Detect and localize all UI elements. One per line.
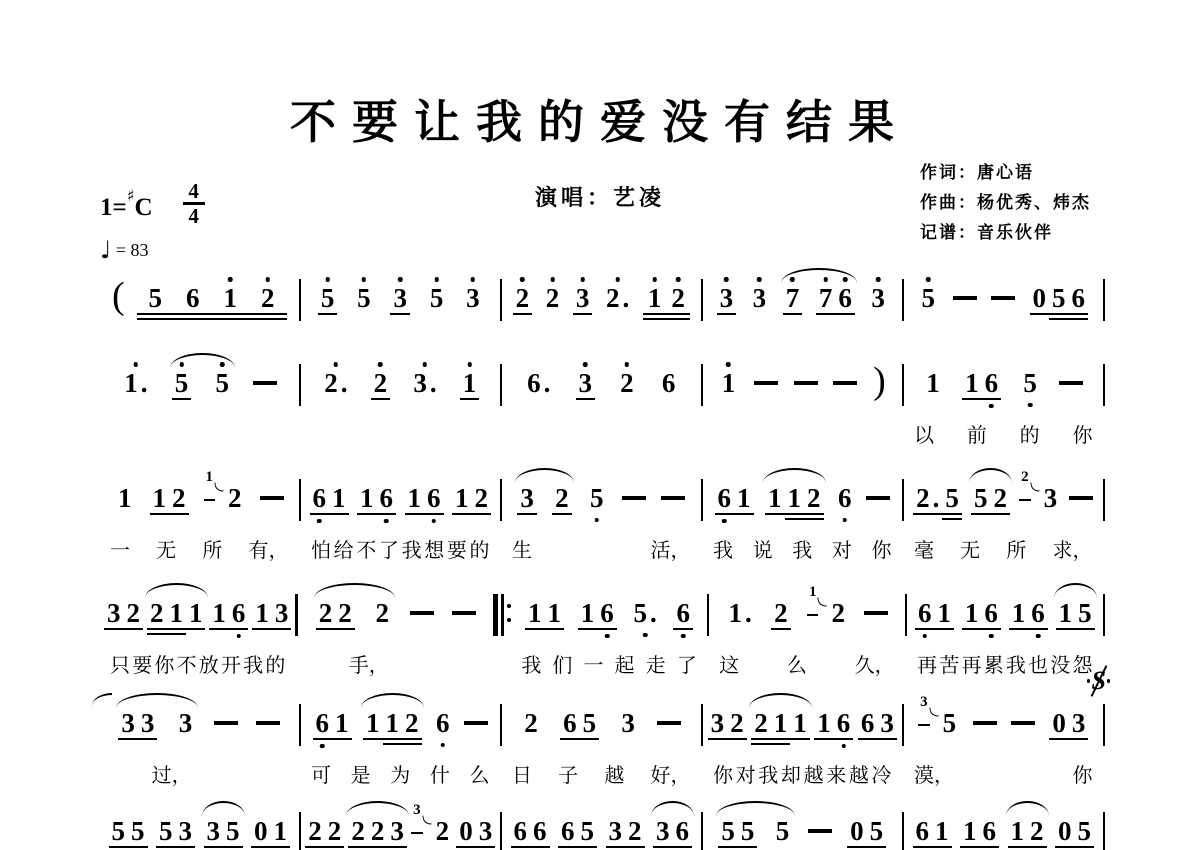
note-digit: 1	[1059, 598, 1073, 628]
note-group: 3	[750, 283, 770, 313]
beam-line	[625, 846, 645, 849]
measure: 322111613只要你不放开我的	[100, 598, 295, 675]
note-group: 03	[1049, 708, 1088, 738]
note-group: 61	[715, 483, 754, 513]
beam-line	[174, 313, 212, 316]
lyric-syllable: 冷	[871, 759, 891, 785]
note-group: 36	[653, 816, 692, 846]
song-title: 不要让我的爱没有结果	[0, 86, 1200, 152]
note: 6	[858, 708, 878, 738]
note-group: 12	[1008, 816, 1047, 846]
beam-line	[573, 313, 593, 316]
beam-line	[318, 313, 338, 316]
note-digit: 2	[328, 816, 342, 846]
note: 3	[204, 816, 224, 846]
beam-line	[251, 846, 271, 849]
beam-line	[118, 738, 138, 741]
lyrics-row	[703, 419, 902, 445]
note-digit: 6	[985, 368, 999, 398]
slur-arc	[749, 693, 812, 708]
sustain-dash	[622, 496, 646, 500]
lyric-syllable: 说	[753, 534, 773, 560]
note-group: 12	[204, 483, 245, 513]
note-group: 1.	[726, 598, 755, 628]
sustain-dash	[253, 381, 277, 385]
note-group: 6	[659, 368, 679, 398]
note-digit: 6	[676, 598, 690, 628]
lyric-syllable: 我	[792, 534, 812, 560]
slur-arc	[1006, 801, 1049, 816]
grace-note: 3	[918, 694, 930, 724]
note: 3	[618, 708, 638, 738]
note-group: 2	[543, 283, 563, 313]
note: 3	[272, 598, 292, 628]
slur-arc	[515, 468, 574, 483]
slur-arc	[969, 468, 1012, 483]
note: 2	[368, 816, 388, 846]
note-group: 5	[1020, 368, 1040, 398]
score-line: 333过，611126可是为什么2653日子越好，322111663你对我却越来…	[100, 708, 1105, 785]
notes-row: 1165	[904, 368, 1103, 402]
note: 6	[980, 816, 1000, 846]
sustain-dash	[973, 721, 997, 725]
slur-arc	[145, 583, 208, 598]
note-digit: 6	[662, 368, 676, 398]
lyric-syllable: 我	[713, 534, 733, 560]
note: 6	[673, 816, 693, 846]
note-group: 53	[156, 816, 195, 846]
note-digit: 5	[633, 598, 647, 628]
sustain-dash	[657, 721, 681, 725]
note-group: 16	[962, 368, 1001, 398]
note-digit: 0	[1058, 816, 1072, 846]
lyric-syllable: 我	[402, 534, 422, 560]
notes-row: 611126	[301, 708, 500, 742]
note: 5	[223, 816, 243, 846]
note-group: 61	[915, 598, 954, 628]
note-digit: 5	[149, 283, 163, 313]
note-digit: 1	[274, 816, 288, 846]
beam-line	[123, 628, 143, 631]
note: 2	[169, 483, 189, 513]
beam-line	[1049, 738, 1069, 741]
note-group: 5	[773, 816, 793, 846]
lyric-syllable: 活，	[651, 534, 691, 560]
note: 1	[1009, 598, 1029, 628]
notes-row: 2.55223	[904, 483, 1103, 517]
note: 1	[363, 708, 383, 738]
lyrics-row: 你对我却越来越冷	[703, 759, 902, 785]
beam-line	[666, 318, 690, 321]
lyric-syllable: 有，	[248, 534, 288, 560]
note: 1	[186, 598, 206, 628]
note-digit: 2	[308, 816, 322, 846]
notes-row: 2.23.1	[301, 368, 500, 402]
note-digit: 6	[918, 598, 932, 628]
note-digit: 3	[107, 598, 121, 628]
note-digit: 3	[413, 368, 427, 398]
beam-line	[476, 846, 496, 849]
note: 5	[940, 708, 960, 738]
note: 1	[785, 483, 805, 513]
note-digit: 5	[226, 816, 240, 846]
beam-line	[835, 313, 855, 316]
beam-line	[1069, 313, 1089, 316]
barline	[1103, 704, 1106, 746]
lyric-syllable: 过，	[152, 759, 192, 785]
note-digit: 6	[984, 598, 998, 628]
note-digit: 3	[711, 708, 725, 738]
note-digit: 1	[648, 283, 662, 313]
sustain-dash	[260, 496, 284, 500]
beam-line	[962, 628, 982, 631]
lyrics-row: 生活，	[502, 534, 701, 560]
beam-line	[867, 846, 887, 849]
note: 6	[834, 708, 854, 738]
note-digit: 1	[528, 598, 542, 628]
notes-row: 55353	[301, 283, 500, 317]
beam-line	[804, 518, 824, 521]
beam-line	[913, 846, 933, 849]
note: 2	[472, 483, 492, 513]
sheet-music-page: 不要让我的爱没有结果 演唱：艺凌 作词：唐心语 作曲：杨优秀、炜杰 记谱：音乐伙…	[0, 0, 1200, 850]
note-digit: 1	[212, 598, 226, 628]
beam-line	[1049, 313, 1069, 316]
lyric-syllable: 好，	[650, 759, 690, 785]
note-digit: 2	[774, 598, 788, 628]
note: 1	[923, 368, 943, 398]
grace-note: 1	[204, 469, 216, 499]
note: 2	[348, 816, 368, 846]
measure: 5056	[904, 283, 1103, 317]
note-digit: 5	[159, 816, 173, 846]
measure: 55505	[703, 816, 902, 850]
note-group: 15	[1056, 598, 1095, 628]
measure: 337763	[703, 283, 902, 317]
beam-line	[229, 628, 249, 631]
beam-line	[138, 738, 158, 741]
note-group: 16	[405, 483, 444, 513]
beam-line	[335, 628, 355, 631]
note: 6	[377, 483, 397, 513]
note-digit: 1	[189, 598, 203, 628]
note-digit: 2	[628, 816, 642, 846]
note: 1	[814, 708, 834, 738]
beam-line	[252, 628, 272, 631]
note: 1	[790, 708, 810, 738]
notes-row: 5056	[904, 283, 1103, 317]
note-group: 16	[209, 598, 248, 628]
note: 5	[578, 816, 598, 846]
note-digit: 1	[386, 708, 400, 738]
measure: (5612	[100, 283, 299, 317]
note-digit: 6	[561, 816, 575, 846]
slur-arc	[170, 353, 235, 368]
augmentation-dot: .	[650, 598, 657, 628]
beam-line	[913, 513, 942, 516]
note: 5	[738, 816, 758, 846]
slur-arc	[314, 583, 395, 598]
note: 1	[525, 598, 545, 628]
measure: 2.23.1	[301, 368, 500, 445]
beam-line	[128, 846, 148, 849]
segno-icon: S	[1087, 666, 1111, 698]
note: 2	[335, 598, 355, 628]
notes-row: 2232.12	[502, 283, 701, 317]
note-digit: 5	[741, 816, 755, 846]
notes-row: 333	[100, 708, 299, 742]
note-digit: 2	[338, 598, 352, 628]
note: 2	[751, 708, 771, 738]
note-group: 6.	[524, 368, 553, 398]
key-letter: C	[135, 194, 153, 221]
beam-line	[147, 628, 167, 631]
lyric-syllable: 放	[199, 649, 219, 675]
note-digit: 3	[621, 708, 635, 738]
note: 2	[727, 708, 747, 738]
beam-line	[402, 738, 422, 741]
note-digit: 2	[606, 283, 620, 313]
beam-line	[513, 313, 533, 316]
lyric-syllable: 的	[265, 649, 285, 675]
beam-line	[1019, 499, 1031, 501]
note-group: 112	[765, 483, 824, 513]
beam-line	[560, 738, 580, 741]
augmentation-dot: .	[933, 483, 940, 513]
note: 1	[405, 483, 425, 513]
beam-line	[807, 614, 819, 616]
lyric-syllable: 以	[914, 419, 934, 445]
note-digit: 1	[118, 483, 132, 513]
lyric-syllable: 却	[781, 759, 801, 785]
note: 1	[252, 598, 272, 628]
note: 3	[1041, 483, 1061, 513]
barline	[1103, 279, 1106, 321]
note-digit: 3	[393, 283, 407, 313]
lyrics-row: 只要你不放开我的	[100, 649, 295, 675]
beam-line	[1030, 313, 1050, 316]
note-digit: 1	[737, 483, 751, 513]
beam-line	[186, 628, 206, 631]
lyric-syllable: 不	[177, 649, 197, 675]
note-group: 63	[858, 708, 897, 738]
note-digit: 2	[620, 368, 634, 398]
note: 6	[659, 368, 679, 398]
note: 6	[982, 368, 1002, 398]
note: 3	[176, 816, 196, 846]
beam-line	[313, 738, 333, 741]
note: 5	[318, 283, 338, 313]
beam-line	[991, 513, 1011, 516]
note: 5	[773, 816, 793, 846]
beam-line	[715, 513, 735, 516]
note: 5	[172, 368, 192, 398]
note-digit: 2	[730, 708, 744, 738]
note-group: 32	[708, 708, 747, 738]
beam-line	[209, 628, 229, 631]
lyric-syllable: 前	[967, 419, 987, 445]
note-digit: 3	[753, 283, 767, 313]
note: 2.	[603, 283, 632, 313]
note-digit: 3	[1072, 708, 1086, 738]
notes-row: 325	[502, 483, 701, 517]
beam-line	[204, 846, 224, 849]
note: 6	[1069, 283, 1089, 313]
parenthesis: )	[873, 363, 886, 399]
note-group: 65	[560, 708, 599, 738]
note: 6	[981, 598, 1001, 628]
note-digit: 6	[527, 368, 541, 398]
note-digit: 1	[153, 483, 167, 513]
beam-line	[580, 738, 600, 741]
note-digit: 5	[945, 483, 959, 513]
note-digit: 1	[169, 598, 183, 628]
score-line: 322111613只要你不放开我的222手，11165.6我们一起走了1.212…	[100, 598, 1105, 675]
note: 0	[251, 816, 271, 846]
note-group: 5	[587, 483, 607, 513]
note: 1	[578, 598, 598, 628]
note-group: 5	[172, 368, 192, 398]
beam-line	[310, 513, 330, 516]
note: 3	[573, 283, 593, 313]
note-digit: 1	[255, 598, 269, 628]
sustain-dash	[256, 721, 280, 725]
note: 1	[765, 483, 785, 513]
note: 2	[625, 816, 645, 846]
note-group: 7	[783, 283, 803, 313]
tie-arc	[92, 693, 112, 706]
lyric-syllable: 没	[1050, 649, 1070, 675]
note: 3	[387, 816, 407, 846]
note: 5	[867, 816, 887, 846]
beam-line	[357, 513, 377, 516]
note-group: 61	[313, 708, 352, 738]
beam-line	[511, 846, 531, 849]
lyric-syllable: 走	[646, 649, 666, 675]
lyric-syllable: 对	[832, 534, 852, 560]
credits-block: 作词：唐心语 作曲：杨优秀、炜杰 记谱：音乐伙伴	[920, 158, 1091, 248]
note-group: 2	[513, 283, 533, 313]
beam-line	[1075, 846, 1095, 849]
note-digit: 2	[916, 483, 930, 513]
lyric-syllable: 们	[552, 649, 572, 675]
note: 1	[150, 483, 170, 513]
note-digit: 5	[590, 483, 604, 513]
lyrics-row: 一无所有，	[100, 534, 299, 560]
note-digit: 2	[172, 483, 186, 513]
augmentation-dot: .	[430, 368, 437, 398]
note-group: 211	[751, 708, 810, 738]
lyric-syllable: 累	[984, 649, 1004, 675]
beam-line	[405, 513, 425, 516]
sustain-dash	[214, 721, 238, 725]
note: 6	[597, 598, 617, 628]
measure: 11165.6我们一起走了	[511, 598, 706, 675]
note-group: 2.5	[913, 483, 962, 513]
measure: 325生活，	[502, 483, 701, 560]
note-digit: 6	[380, 483, 394, 513]
note: 6	[835, 483, 855, 513]
beam-line	[765, 513, 785, 516]
beam-line	[847, 846, 867, 849]
note-group: 2	[771, 598, 791, 628]
score-line: 11212一无所有，61161612怕给不了我想要的325生活，611126我说…	[100, 483, 1105, 560]
note-group: 2	[552, 483, 572, 513]
note-digit: 3	[121, 708, 135, 738]
key-prefix: 1=	[100, 194, 127, 221]
note-digit: 1	[938, 598, 952, 628]
lyric-syllable: 手，	[349, 649, 389, 675]
note: 1.	[726, 598, 755, 628]
note-group: 13	[252, 598, 291, 628]
note: 2	[543, 283, 563, 313]
note-group: 1	[719, 368, 739, 398]
beam-line	[525, 628, 545, 631]
beam-line	[606, 846, 626, 849]
repeat-barline	[493, 594, 511, 636]
note-group: 2.	[321, 368, 350, 398]
beam-line	[918, 724, 930, 726]
lyric-syllable: 久，	[855, 649, 895, 675]
beam-line	[1069, 738, 1089, 741]
beam-line	[377, 513, 397, 516]
	[501, 594, 504, 636]
note-group: 32	[104, 598, 143, 628]
note-group: 1	[460, 368, 480, 398]
note-group: 5	[213, 368, 233, 398]
beam-line	[325, 846, 345, 849]
lyric-syllable: 想	[424, 534, 444, 560]
lyric-syllable: 的	[469, 534, 489, 560]
note: 3	[606, 816, 626, 846]
note-group: 66	[511, 816, 550, 846]
note: 2	[249, 283, 287, 313]
note-digit: 2	[1030, 816, 1044, 846]
barline	[1103, 479, 1106, 521]
augmentation-dot: .	[544, 368, 551, 398]
note: 1	[1008, 816, 1028, 846]
sharp-icon: ♯	[127, 186, 135, 205]
lyrics-row	[301, 419, 500, 445]
note: 5	[156, 816, 176, 846]
note-digit: 3	[576, 283, 590, 313]
note-group: 12	[643, 283, 690, 313]
beam-line	[552, 513, 572, 516]
beam-line	[1075, 628, 1095, 631]
note-digit: 5	[776, 816, 790, 846]
beam-line	[212, 313, 250, 316]
augmentation-dot: .	[141, 368, 148, 398]
note-group: 23	[1019, 483, 1060, 513]
note: 1	[460, 368, 480, 398]
beam-line	[109, 846, 129, 849]
note-group: 05	[1055, 816, 1094, 846]
beam-line	[738, 846, 758, 849]
note: 2.	[321, 368, 350, 398]
beam-line	[814, 738, 834, 741]
note: 3.	[410, 368, 439, 398]
beam-line	[1056, 628, 1076, 631]
beam-line	[137, 318, 175, 321]
measure: 2653日子越好，	[502, 708, 701, 785]
note-digit: 1	[408, 483, 422, 513]
note-group: 11	[525, 598, 564, 628]
note-group: 22	[305, 816, 344, 846]
note-group: 32	[411, 816, 452, 846]
note-digit: 6	[186, 283, 200, 313]
sustain-dash	[464, 721, 488, 725]
beam-line	[942, 513, 962, 516]
